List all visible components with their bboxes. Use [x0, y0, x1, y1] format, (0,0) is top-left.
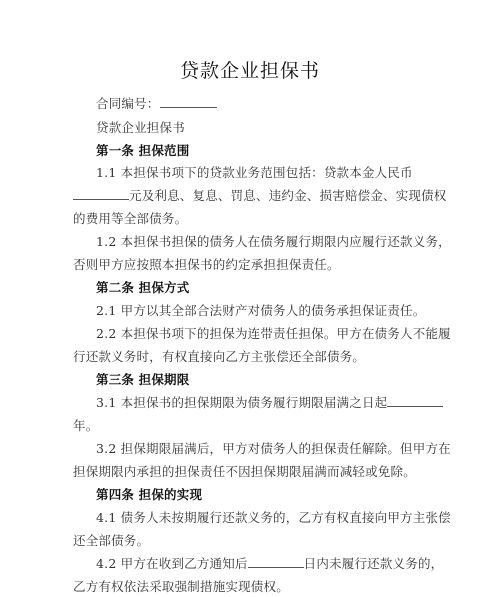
contract-number-row: 合同编号：: [96, 94, 217, 112]
document-page: 贷款企业担保书 合同编号： 贷款企业担保书 第一条 担保范围 1.1 本担保书项…: [0, 0, 500, 597]
clause-3-2-line1: 3.2 担保期限届满后，甲方对债务人的担保责任解除。但甲方在: [96, 439, 451, 457]
section-4-heading: 第四条 担保的实现: [96, 485, 202, 503]
clause-3-2-line2: 担保期限内承担的担保责任不因担保期限届满而减轻或免除。: [73, 462, 416, 480]
contract-number-blank: [160, 95, 217, 108]
section-2-heading: 第二条 担保方式: [96, 278, 189, 296]
document-title: 贷款企业担保书: [0, 56, 500, 83]
clause-2-1-line1: 2.1 甲方以其全部合法财产对债务人的债务承担保证责任。: [96, 301, 425, 319]
years-blank: [387, 394, 443, 407]
contract-number-label: 合同编号：: [96, 96, 160, 111]
clause-4-2-text-a: 4.2 甲方在收到乙方通知后: [96, 556, 248, 571]
clause-1-1-line1: 1.1 本担保书项下的贷款业务范围包括：贷款本金人民币: [96, 163, 413, 181]
clause-4-1-line2: 还全部债务。: [73, 531, 149, 549]
clause-4-1-line1: 4.1 债务人未按期履行还款义务的，乙方有权直接向甲方主张偿: [96, 508, 451, 526]
clause-3-1-line2: 年。: [73, 416, 98, 434]
clause-4-2-line2: 乙方有权依法采取强制措施实现债权。: [73, 577, 289, 595]
clause-1-1-line2-text: 元及利息、复息、罚息、违约金、损害赔偿金、实现债权: [129, 188, 447, 203]
clause-4-2-text-b: 日内未履行还款义务的，: [304, 556, 444, 571]
section-1-heading: 第一条 担保范围: [96, 141, 189, 159]
clause-1-2-line1: 1.2 本担保书担保的债务人在债务履行期限内应履行还款义务，: [96, 232, 451, 250]
clause-1-1-line2: 元及利息、复息、罚息、违约金、损害赔偿金、实现债权: [73, 186, 447, 204]
clause-3-1-line1: 3.1 本担保书的担保期限为债务履行期限届满之日起: [96, 393, 443, 411]
clause-4-2-line1: 4.2 甲方在收到乙方通知后日内未履行还款义务的，: [96, 554, 443, 572]
section-3-heading: 第三条 担保期限: [96, 370, 189, 388]
clause-2-2-line2: 行还款义务时，有权直接向乙方主张偿还全部债务。: [73, 347, 365, 365]
days-blank: [248, 555, 304, 568]
clause-1-1-line3: 的费用等全部债务。: [73, 209, 187, 227]
document-subtitle: 贷款企业担保书: [96, 118, 185, 136]
amount-blank: [73, 187, 129, 200]
clause-3-1-text: 3.1 本担保书的担保期限为债务履行期限届满之日起: [96, 395, 387, 410]
clause-2-2-line1: 2.2 本担保书项下的担保为连带责任担保。甲方在债务人不能履: [96, 324, 451, 342]
clause-1-2-line2: 否则甲方应按照本担保书的约定承担担保责任。: [73, 255, 340, 273]
